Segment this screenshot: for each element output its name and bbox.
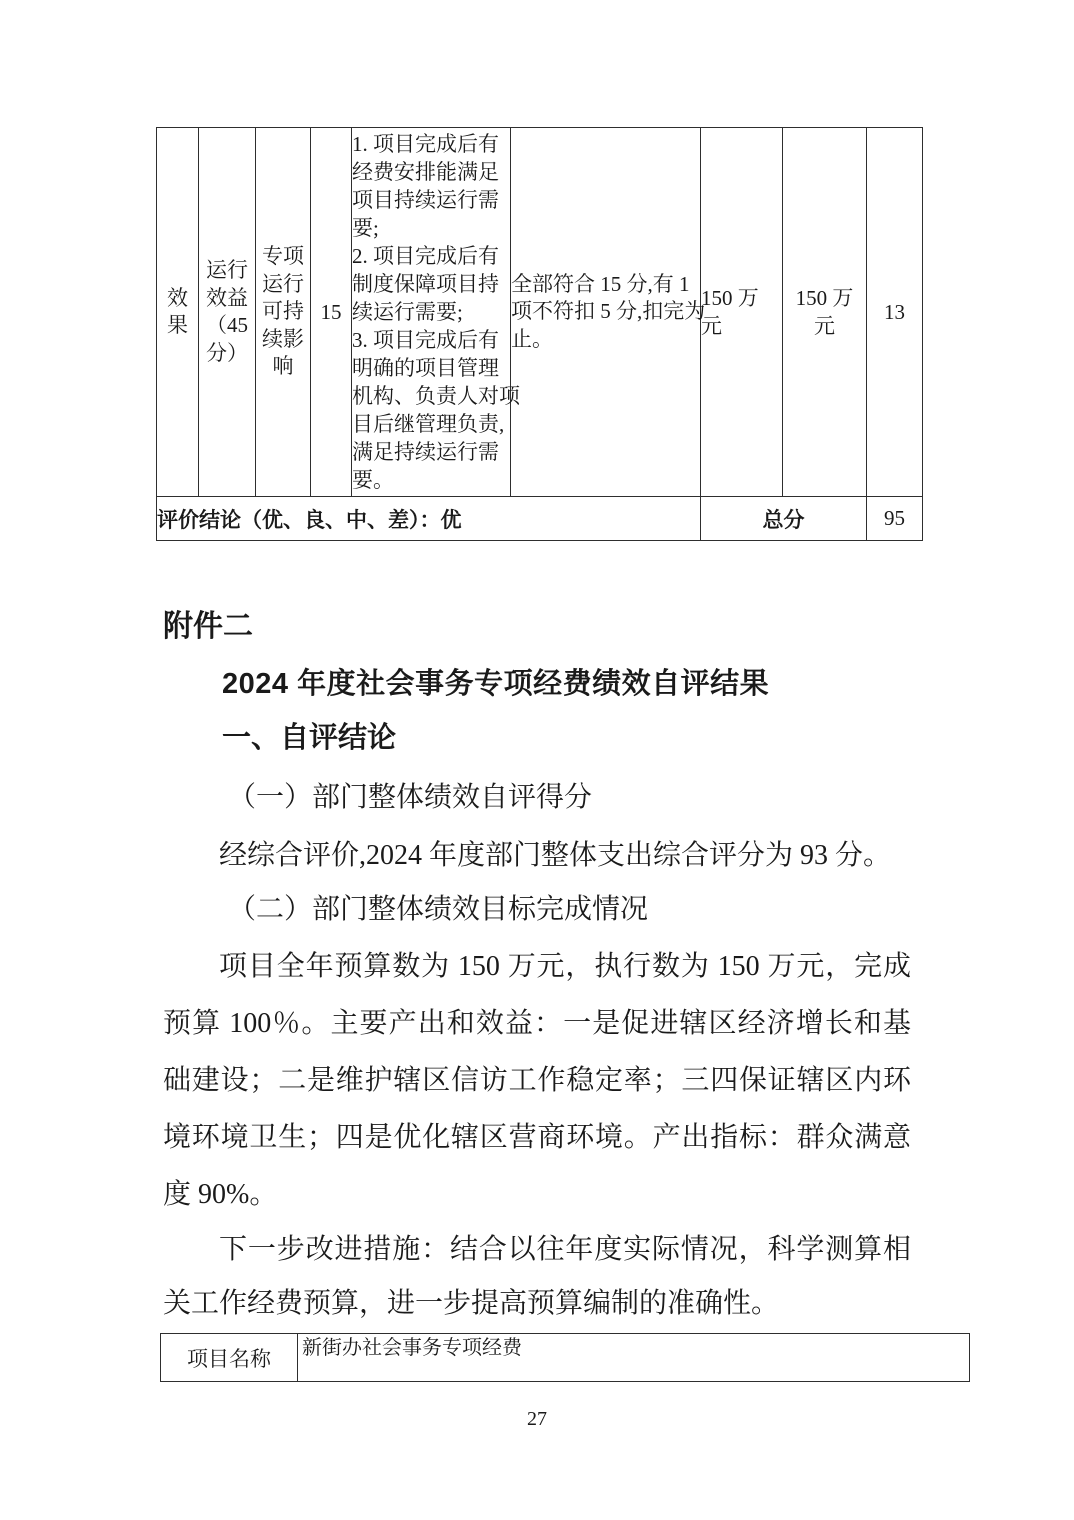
text-line: 经费安排能满足 bbox=[352, 158, 510, 186]
text-line: 运行 bbox=[256, 271, 310, 299]
text-line: 止。 bbox=[511, 326, 700, 354]
text-line: 可持 bbox=[256, 298, 310, 326]
document-page: 效果 运行效益（45分） 专项运行可持续影响 15 1. 项目完成后有经费安排能… bbox=[0, 0, 1074, 1520]
text-line: 项目全年预算数为 150 万元，执行数为 150 万元，完成 bbox=[163, 938, 911, 995]
text-line: 要; bbox=[352, 214, 510, 242]
cell-execution: 150 万元 bbox=[783, 128, 867, 497]
text-line: 目后继管理负责, bbox=[352, 410, 510, 438]
score-table: 效果 运行效益（45分） 专项运行可持续影响 15 1. 项目完成后有经费安排能… bbox=[156, 127, 923, 541]
cell-criteria: 1. 项目完成后有经费安排能满足项目持续运行需要;2. 项目完成后有制度保障项目… bbox=[352, 128, 511, 497]
subsection-heading-2: （二）部门整体绩效目标完成情况 bbox=[228, 893, 648, 927]
document-title: 2024 年度社会事务专项经费绩效自评结果 bbox=[222, 666, 769, 702]
text-line: 要。 bbox=[352, 466, 510, 494]
subsection-heading-1: （一）部门整体绩效自评得分 bbox=[228, 781, 592, 815]
page-number: 27 bbox=[0, 1408, 1074, 1431]
text-line: 1. 项目完成后有 bbox=[352, 130, 510, 158]
section-heading-1: 一、自评结论 bbox=[222, 720, 396, 756]
text-line: 满足持续运行需 bbox=[352, 438, 510, 466]
text-line: 度 90%。 bbox=[163, 1166, 911, 1223]
table-row: 效果 运行效益（45分） 专项运行可持续影响 15 1. 项目完成后有经费安排能… bbox=[157, 128, 923, 497]
text-line: 运行 bbox=[199, 257, 255, 285]
text-line: 关工作经费预算，进一步提高预算编制的准确性。 bbox=[163, 1277, 911, 1331]
improvement-paragraph: 下一步改进措施：结合以往年度实际情况，科学测算相关工作经费预算，进一步提高预算编… bbox=[163, 1223, 911, 1331]
text-line: 果 bbox=[157, 312, 198, 340]
text-line: 明确的项目管理 bbox=[352, 354, 510, 382]
goal-completion-paragraph: 项目全年预算数为 150 万元，执行数为 150 万元，完成预算 100％。主要… bbox=[163, 938, 911, 1223]
cell-subcategory: 运行效益（45分） bbox=[199, 128, 256, 497]
text-line: 境环境卫生；四是优化辖区营商环境。产出指标：群众满意 bbox=[163, 1109, 911, 1166]
text-line: 预算 100％。主要产出和效益：一是促进辖区经济增长和基 bbox=[163, 995, 911, 1052]
cell-conclusion: 评价结论（优、良、中、差）：优 bbox=[157, 497, 701, 541]
text-line: 分） bbox=[199, 340, 255, 368]
text-line: 响 bbox=[256, 353, 310, 381]
text-line: 机构、负责人对项 bbox=[352, 382, 510, 410]
project-table: 项目名称 新街办社会事务专项经费 bbox=[160, 1333, 970, 1382]
cell-total-label: 总分 bbox=[701, 497, 867, 541]
text-line: 项不符扣 5 分,扣完为 bbox=[511, 298, 700, 326]
text-line: 150 万 bbox=[783, 284, 866, 312]
text-line: 元 bbox=[783, 312, 866, 340]
text-line: 下一步改进措施：结合以往年度实际情况，科学测算相 bbox=[163, 1223, 911, 1277]
text-line: 效益 bbox=[199, 285, 255, 313]
table-summary-row: 评价结论（优、良、中、差）：优 总分 95 bbox=[157, 497, 923, 541]
text-line: 专项 bbox=[256, 243, 310, 271]
table-row: 项目名称 新街办社会事务专项经费 bbox=[161, 1334, 970, 1382]
text-line: 础建设；二是维护辖区信访工作稳定率；三四保证辖区内环 bbox=[163, 1052, 911, 1109]
project-name-label: 项目名称 bbox=[161, 1334, 298, 1382]
cell-budget: 150 万元 bbox=[701, 128, 783, 497]
cell-category: 效果 bbox=[157, 128, 199, 497]
overall-score-text: 经综合评价,2024 年度部门整体支出综合评分为 93 分。 bbox=[219, 839, 891, 873]
cell-total-value: 95 bbox=[867, 497, 923, 541]
cell-scoring-rule: 全部符合 15 分,有 1项不符扣 5 分,扣完为止。 bbox=[511, 128, 701, 497]
text-line: （45 bbox=[199, 312, 255, 340]
text-line: 元 bbox=[701, 312, 782, 340]
text-line: 制度保障项目持 bbox=[352, 270, 510, 298]
text-line: 3. 项目完成后有 bbox=[352, 326, 510, 354]
text-line: 效 bbox=[157, 285, 198, 313]
text-line: 续影 bbox=[256, 326, 310, 354]
cell-score: 13 bbox=[867, 128, 923, 497]
attachment-label: 附件二 bbox=[163, 609, 253, 645]
text-line: 2. 项目完成后有 bbox=[352, 242, 510, 270]
text-line: 150 万 bbox=[701, 284, 782, 312]
text-line: 项目持续运行需 bbox=[352, 186, 510, 214]
cell-weight: 15 bbox=[311, 128, 352, 497]
text-line: 续运行需要; bbox=[352, 298, 510, 326]
project-name-value: 新街办社会事务专项经费 bbox=[298, 1334, 970, 1382]
cell-indicator: 专项运行可持续影响 bbox=[256, 128, 311, 497]
text-line: 全部符合 15 分,有 1 bbox=[511, 271, 700, 299]
